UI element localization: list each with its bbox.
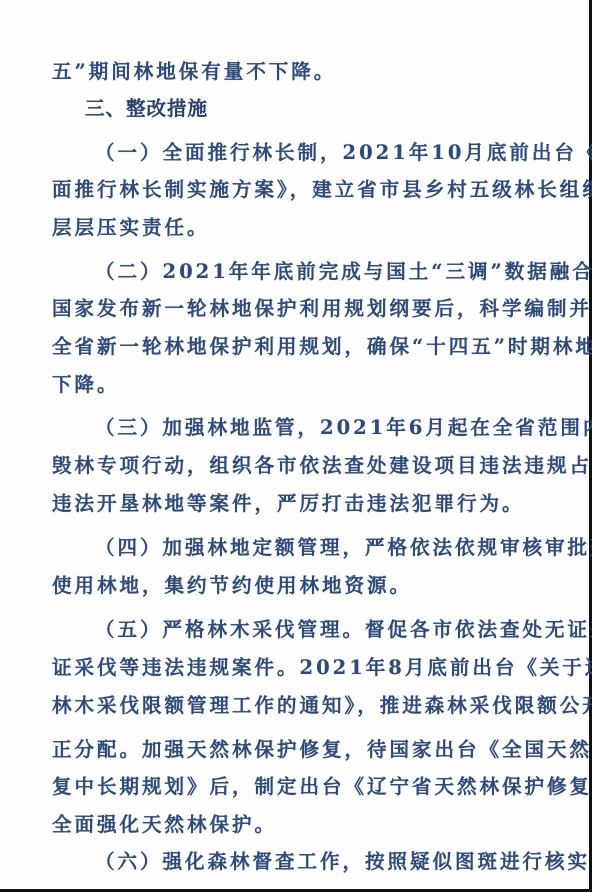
paragraph-line: 证采伐等违法违规案件。2021年8月底前出台《关于进一步加强 xyxy=(52,653,548,683)
paragraph-line: 正分配。加强天然林保护修复，待国家出台《全国天然林保护修 xyxy=(52,735,548,765)
paragraph-line: （五）严格林木采伐管理。督促各市依法查处无证采伐和超 xyxy=(95,615,548,645)
paragraph-line: （三）加强林地监管，2021年6月起在全省范围内开展打击 xyxy=(95,413,548,443)
paragraph-line: 毁林专项行动，组织各市依法查处建设项目违法违规占用林地和 xyxy=(52,451,548,481)
section-heading: 三、整改措施 xyxy=(85,94,581,124)
paragraph-line: （二）2021年年底前完成与国土“三调”数据融合工作，并在 xyxy=(95,257,548,287)
paragraph-line: 违法开垦林地等案件，严厉打击违法犯罪行为。 xyxy=(52,489,548,519)
paragraph-line: 面推行林长制实施方案》，建立省市县乡村五级林长组织体系， xyxy=(52,175,548,205)
paragraph-line: （一）全面推行林长制，2021年10月底前出台《辽宁省全 xyxy=(95,138,548,168)
paragraph-line: 全省新一轮林地保护利用规划，确保“十四五”时期林地保有量不 xyxy=(52,332,548,362)
paragraph-line: 国家发布新一轮林地保护利用规划纲要后，科学编制并组织实施 xyxy=(52,294,548,324)
paragraph-line: 全面强化天然林保护。 xyxy=(52,810,548,840)
paragraph-line: （六）强化森林督查工作，按照疑似图斑进行核实比对，确 xyxy=(95,847,548,877)
paragraph-line: 五”期间林地保有量不下降。 xyxy=(52,57,548,87)
paragraph-line: 复中长期规划》后，制定出台《辽宁省天然林保护修复规划》， xyxy=(52,772,548,802)
paragraph-line: （四）加强林地定额管理，严格依法依规审核审批建设项目 xyxy=(95,533,548,563)
scanned-document-page: 五”期间林地保有量不下降。 三、整改措施 （一）全面推行林长制，2021年10月… xyxy=(0,0,592,892)
paragraph-line: 使用林地，集约节约使用林地资源。 xyxy=(52,571,548,601)
paragraph-line: 林木采伐限额管理工作的通知》，推进森林采伐限额公开公平公 xyxy=(52,691,548,721)
paragraph-line: 下降。 xyxy=(52,370,548,400)
paragraph-line: 层层压实责任。 xyxy=(52,213,548,243)
